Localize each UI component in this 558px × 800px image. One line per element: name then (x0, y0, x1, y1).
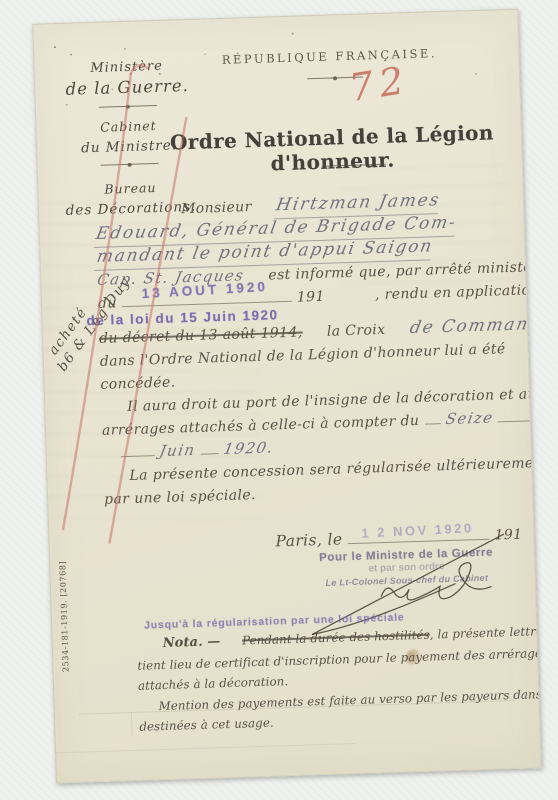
grade-handwritten: de Commandeur (408, 312, 542, 340)
nota-text: , la présente lettre d'avis (430, 623, 542, 642)
document-title: Ordre National de la Légion d'honneur. (145, 120, 520, 180)
year-prefix: 191 (297, 289, 325, 306)
salutation-label: Monsieur (181, 199, 252, 217)
red-pencil-number: 72 (346, 58, 412, 111)
spacer (330, 299, 370, 300)
ink-specks (54, 46, 56, 48)
letterhead-ministere: Ministère (46, 57, 206, 77)
blank-rule (424, 410, 440, 424)
rendu-text: , rendu en application (375, 282, 540, 303)
granted-text: concédée. (100, 374, 175, 392)
nota-struck-text: Pendant la durée des hostilités (242, 628, 430, 648)
concession-text: par une loi spéciale. (104, 487, 256, 508)
nota-block: Nota. — Pendant la durée des hostilités,… (136, 621, 541, 737)
republic-header: RÉPUBLIQUE FRANÇAISE. (164, 44, 494, 68)
nota-label: Nota. — (162, 634, 220, 651)
start-month-handwritten: Juin (158, 439, 198, 463)
start-year-handwritten: 1920. (222, 436, 276, 461)
start-day-handwritten: Seize (443, 406, 495, 431)
la-croix-label: la Croix (327, 322, 386, 340)
blank-rule (120, 442, 154, 457)
letterhead-guerre: de la Guerre. (47, 75, 208, 99)
letterhead-flourish (99, 105, 157, 108)
crease-line (131, 712, 133, 736)
crease-line (56, 743, 356, 753)
document-paper: RÉPUBLIQUE FRANÇAISE. Ministère de la Gu… (32, 9, 542, 784)
body-text: Monsieur Hirtzman James Edouard, Général… (95, 186, 523, 510)
blank-rule (498, 407, 542, 423)
blank-rule (200, 440, 218, 455)
printer-imprint: 2534-181-1919. [20768] (58, 561, 70, 673)
